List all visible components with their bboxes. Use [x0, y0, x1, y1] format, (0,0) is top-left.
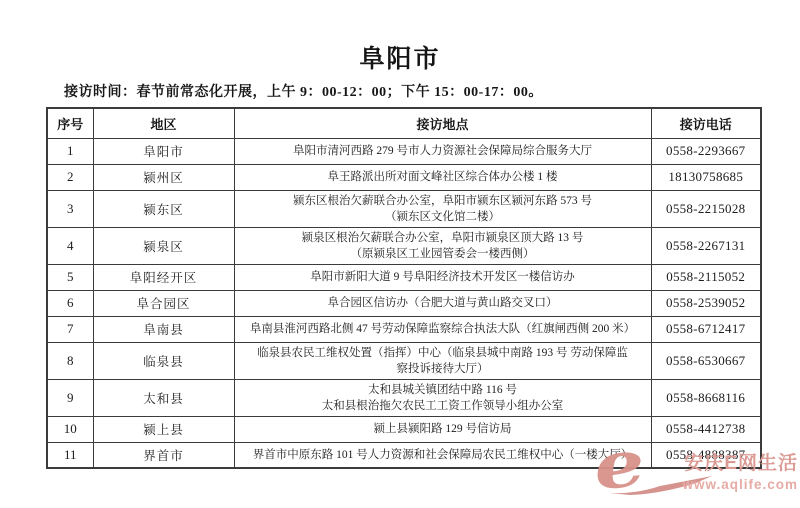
visit-time-note: 接访时间：春节前常态化开展，上午 9：00-12：00；下午 15：00-17：…	[64, 81, 800, 101]
col-header-location: 接访地点	[234, 108, 651, 138]
row-index-cell: 3	[47, 190, 93, 227]
col-header-index: 序号	[47, 108, 93, 138]
phone-cell: 0558-2293667	[651, 138, 761, 164]
location-cell: 临泉县农民工维权处置（指挥）中心（临泉县城中南路 193 号 劳动保障监 察投诉…	[234, 342, 651, 379]
phone-cell: 0558-6530667	[651, 342, 761, 379]
region-cell: 颍州区	[93, 164, 234, 190]
row-index-cell: 8	[47, 342, 93, 379]
location-cell: 界首市中原东路 101 号人力资源和社会保障局农民工维权中心（一楼大厅）	[234, 442, 651, 468]
region-cell: 界首市	[93, 442, 234, 468]
table-row: 1 阜阳市 阜阳市清河西路 279 号市人力资源社会保障局综合服务大厅 0558…	[47, 138, 761, 164]
row-index-cell: 4	[47, 227, 93, 264]
phone-cell: 18130758685	[651, 164, 761, 190]
location-cell: 颍上县颍阳路 129 号信访局	[234, 416, 651, 442]
page-title: 阜阳市	[0, 0, 800, 74]
region-cell: 阜阳市	[93, 138, 234, 164]
region-cell: 阜阳经开区	[93, 264, 234, 290]
row-index-cell: 5	[47, 264, 93, 290]
table-header-row: 序号 地区 接访地点 接访电话	[47, 108, 761, 138]
region-cell: 临泉县	[93, 342, 234, 379]
row-index-cell: 10	[47, 416, 93, 442]
row-index-cell: 9	[47, 379, 93, 416]
region-cell: 阜南县	[93, 316, 234, 342]
phone-cell: 0558-2215028	[651, 190, 761, 227]
table-row: 3 颍东区 颍东区根治欠薪联合办公室，阜阳市颍东区颍河东路 573 号 （颍东区…	[47, 190, 761, 227]
watermark-site-url: www.aqlife.com	[656, 477, 798, 492]
col-header-phone: 接访电话	[651, 108, 761, 138]
row-index-cell: 2	[47, 164, 93, 190]
table-row: 5 阜阳经开区 阜阳市新阳大道 9 号阜阳经济技术开发区一楼信访办 0558-2…	[47, 264, 761, 290]
phone-cell: 0558-4888387	[651, 442, 761, 468]
table-row: 4 颍泉区 颍泉区根治欠薪联合办公室，阜阳市颍泉区顶大路 13 号 （原颍泉区工…	[47, 227, 761, 264]
row-index-cell: 7	[47, 316, 93, 342]
region-cell: 颍东区	[93, 190, 234, 227]
phone-cell: 0558-2539052	[651, 290, 761, 316]
region-cell: 阜合园区	[93, 290, 234, 316]
table-row: 10 颍上县 颍上县颍阳路 129 号信访局 0558-4412738	[47, 416, 761, 442]
region-cell: 太和县	[93, 379, 234, 416]
swoosh-icon	[600, 470, 720, 496]
location-cell: 颍泉区根治欠薪联合办公室，阜阳市颍泉区顶大路 13 号 （原颍泉区工业园管委会一…	[234, 227, 651, 264]
visit-locations-table: 序号 地区 接访地点 接访电话 1 阜阳市 阜阳市清河西路 279 号市人力资源…	[46, 107, 762, 469]
row-index-cell: 11	[47, 442, 93, 468]
table-body: 1 阜阳市 阜阳市清河西路 279 号市人力资源社会保障局综合服务大厅 0558…	[47, 138, 761, 468]
table-row: 11 界首市 界首市中原东路 101 号人力资源和社会保障局农民工维权中心（一楼…	[47, 442, 761, 468]
phone-cell: 0558-2115052	[651, 264, 761, 290]
phone-cell: 0558-4412738	[651, 416, 761, 442]
location-cell: 阜阳市清河西路 279 号市人力资源社会保障局综合服务大厅	[234, 138, 651, 164]
row-index-cell: 1	[47, 138, 93, 164]
document-page: 阜阳市 接访时间：春节前常态化开展，上午 9：00-12：00；下午 15：00…	[0, 0, 800, 508]
phone-cell: 0558-6712417	[651, 316, 761, 342]
phone-cell: 0558-2267131	[651, 227, 761, 264]
location-cell: 阜王路派出所对面文峰社区综合体办公楼 1 楼	[234, 164, 651, 190]
row-index-cell: 6	[47, 290, 93, 316]
location-cell: 阜合园区信访办（合肥大道与黄山路交叉口）	[234, 290, 651, 316]
table-row: 2 颍州区 阜王路派出所对面文峰社区综合体办公楼 1 楼 18130758685	[47, 164, 761, 190]
location-cell: 太和县城关镇团结中路 116 号 太和县根治拖欠农民工工资工作领导小组办公室	[234, 379, 651, 416]
phone-cell: 0558-8668116	[651, 379, 761, 416]
region-cell: 颍泉区	[93, 227, 234, 264]
region-cell: 颍上县	[93, 416, 234, 442]
location-cell: 阜阳市新阳大道 9 号阜阳经济技术开发区一楼信访办	[234, 264, 651, 290]
col-header-region: 地区	[93, 108, 234, 138]
location-cell: 颍东区根治欠薪联合办公室，阜阳市颍东区颍河东路 573 号 （颍东区文化馆二楼）	[234, 190, 651, 227]
location-cell: 阜南县淮河西路北侧 47 号劳动保障监察综合执法大队（红旗闸西侧 200 米）	[234, 316, 651, 342]
table-row: 8 临泉县 临泉县农民工维权处置（指挥）中心（临泉县城中南路 193 号 劳动保…	[47, 342, 761, 379]
table-row: 6 阜合园区 阜合园区信访办（合肥大道与黄山路交叉口） 0558-2539052	[47, 290, 761, 316]
table-row: 7 阜南县 阜南县淮河西路北侧 47 号劳动保障监察综合执法大队（红旗闸西侧 2…	[47, 316, 761, 342]
table-row: 9 太和县 太和县城关镇团结中路 116 号 太和县根治拖欠农民工工资工作领导小…	[47, 379, 761, 416]
